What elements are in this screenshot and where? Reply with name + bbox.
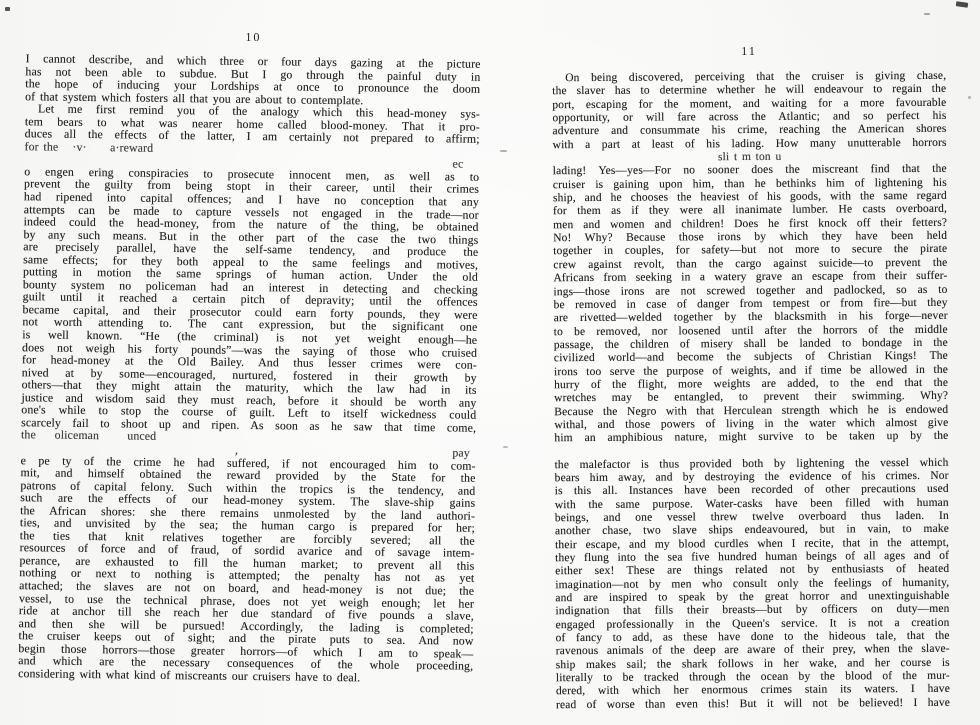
scan-speck	[503, 446, 508, 448]
scan-surface: 10 I cannot describe, and which three or…	[0, 0, 980, 725]
page-left-text: I cannot describe, and which three or fo…	[18, 52, 481, 685]
text-line: read of worse than even this! But it wil…	[556, 697, 950, 713]
scan-speck	[5, 7, 10, 11]
scan-speck	[956, 1, 969, 8]
faded-fragment: pay	[452, 446, 470, 459]
scan-speck	[924, 13, 930, 15]
page-right: 11 On being discovered, perceiving that …	[552, 43, 950, 713]
scan-speck	[500, 150, 507, 152]
faded-fragment: ,	[235, 444, 238, 457]
page-number-left: 10	[26, 27, 481, 48]
page-left: 10 I cannot describe, and which three or…	[18, 27, 481, 685]
text-line: with a part at least of his lading. How …	[553, 137, 947, 153]
page-right-text: On being discovered, perceiving that the…	[552, 70, 950, 713]
page-number-right: 11	[552, 43, 946, 60]
text-line: him an amphibious nature, might survive …	[554, 430, 948, 446]
scan-speck	[968, 96, 971, 99]
